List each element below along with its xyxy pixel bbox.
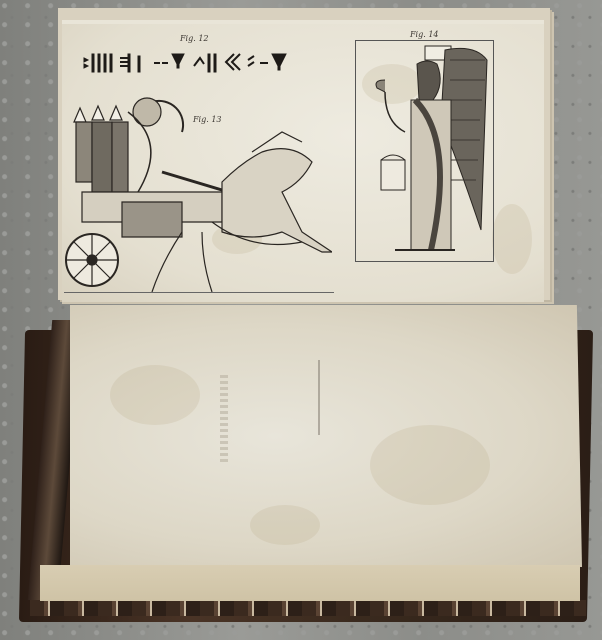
chariot-engraving-icon xyxy=(62,92,332,292)
show-through-text xyxy=(220,375,228,465)
page-crease xyxy=(318,360,320,435)
fig12-label: Fig. 12 xyxy=(180,34,209,43)
fig14-label: Fig. 14 xyxy=(410,30,439,39)
worn-cover-edge xyxy=(30,600,586,616)
winged-genie-engraving-icon xyxy=(355,40,492,260)
cuneiform-glyphs-icon xyxy=(82,50,312,76)
lower-page-edge xyxy=(40,565,580,601)
fig13-baseline xyxy=(64,292,334,293)
tissue-guard-page xyxy=(70,305,582,567)
cuneiform-inscription xyxy=(82,50,312,81)
